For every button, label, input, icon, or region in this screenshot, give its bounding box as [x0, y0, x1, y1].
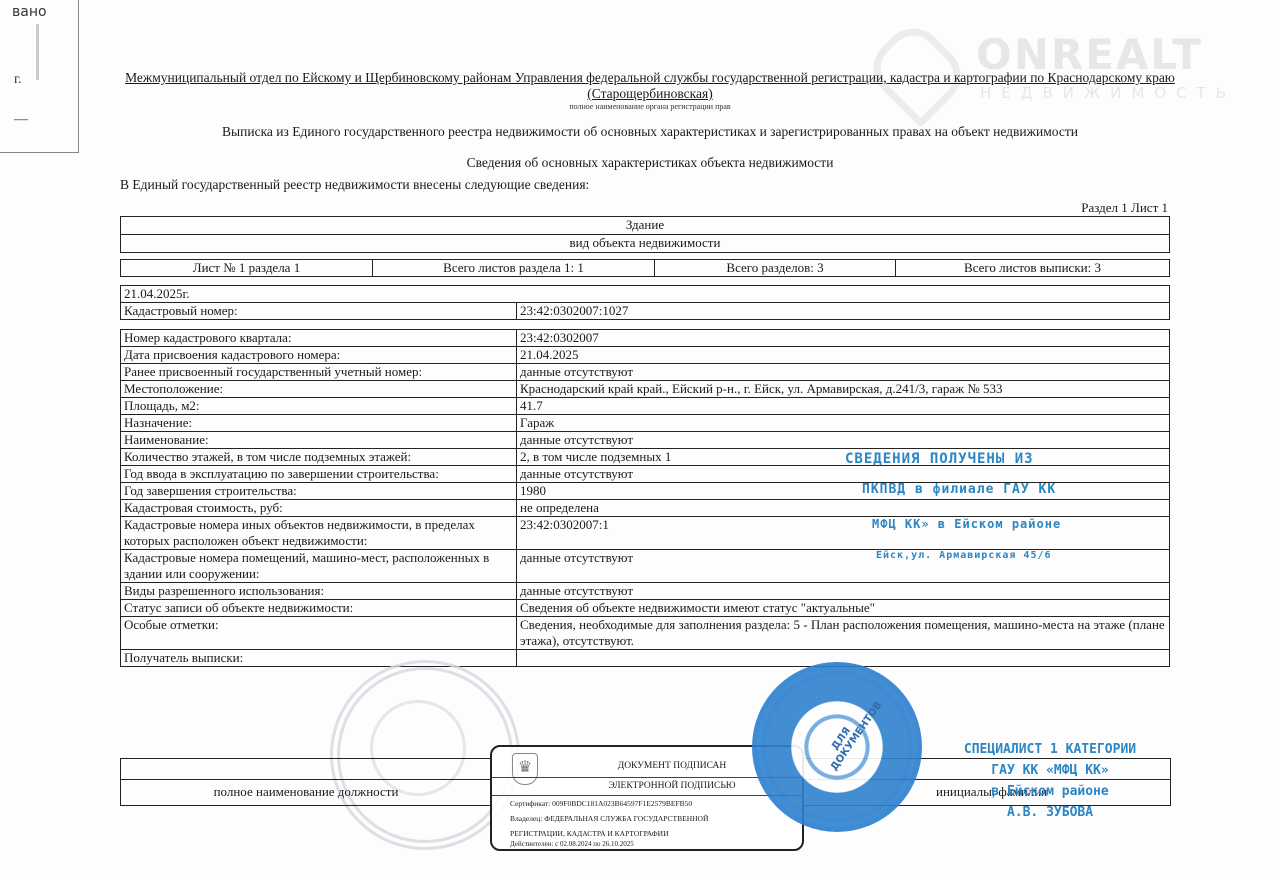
property-value: данные отсутствуют: [517, 432, 1170, 449]
margin-text-3: —: [14, 112, 28, 128]
esig-validity: Действителен: с 02.08.2024 по 26.10.2025: [510, 840, 634, 848]
property-label: Статус записи об объекте недвижимости:: [121, 600, 517, 617]
property-value: Гараж: [517, 415, 1170, 432]
esig-title-1: ДОКУМЕНТ ПОДПИСАН: [592, 761, 752, 771]
property-label: Получатель выписки:: [121, 650, 517, 667]
table-row: Виды разрешенного использования:данные о…: [121, 583, 1170, 600]
property-value: 1980: [517, 483, 1170, 500]
property-value: данные отсутствуют: [517, 466, 1170, 483]
property-label: Дата присвоения кадастрового номера:: [121, 347, 517, 364]
property-value: данные отсутствуют: [517, 364, 1170, 381]
cadastral-number-value: 23:42:0302007:1027: [517, 303, 1170, 320]
property-value: 23:42:0302007:1: [517, 517, 1170, 550]
property-value: 2, в том числе подземных 1: [517, 449, 1170, 466]
table-row: Наименование:данные отсутствуют: [121, 432, 1170, 449]
object-type-table: Здание вид объекта недвижимости: [120, 216, 1170, 253]
esig-certificate: Сертификат: 009F0BDC181A023B64597F1E2579…: [510, 799, 692, 808]
property-value: 41.7: [517, 398, 1170, 415]
table-row: Год ввода в эксплуатацию по завершении с…: [121, 466, 1170, 483]
property-label: Кадастровая стоимость, руб:: [121, 500, 517, 517]
property-label: Год завершения строительства:: [121, 483, 517, 500]
date-block-table: 21.04.2025г. Кадастровый номер: 23:42:03…: [120, 285, 1170, 320]
specialist-line: СПЕЦИАЛИСТ 1 КАТЕГОРИИ: [945, 742, 1155, 763]
info-stamp-line: СВЕДЕНИЯ ПОЛУЧЕНЫ ИЗ: [845, 451, 1034, 467]
section-reference: Раздел 1 Лист 1: [1000, 200, 1168, 216]
property-value: данные отсутствуют: [517, 550, 1170, 583]
property-value: Краснодарский край край., Ейский р-н., г…: [517, 381, 1170, 398]
margin-text-1: вано: [12, 4, 47, 20]
specialist-line: А.В. ЗУБОВА: [945, 805, 1155, 826]
table-row: Местоположение:Краснодарский край край.,…: [121, 381, 1170, 398]
property-value: 21.04.2025: [517, 347, 1170, 364]
position-caption: полное наименование должности: [121, 784, 491, 800]
properties-table: Номер кадастрового квартала:23:42:030200…: [120, 329, 1170, 667]
property-label: Местоположение:: [121, 381, 517, 398]
sheet-info-table: Лист № 1 раздела 1 Всего листов раздела …: [120, 259, 1170, 277]
registration-authority-caption: полное наименование органа регистрации п…: [110, 102, 1190, 111]
document-subtitle: Сведения об основных характеристиках объ…: [110, 155, 1190, 171]
extract-date: 21.04.2025г.: [121, 286, 1170, 303]
property-label: Год ввода в эксплуатацию по завершении с…: [121, 466, 517, 483]
property-label: Особые отметки:: [121, 617, 517, 650]
info-stamp-line: МФЦ КК» в Ейском районе: [872, 517, 1061, 531]
specialist-line: ГАУ КК «МФЦ КК»: [945, 763, 1155, 784]
blue-seal: ДЛЯ ДОКУМЕНТОВ: [752, 662, 922, 832]
registration-authority: Межмуниципальный отдел по Ейскому и Щерб…: [110, 70, 1190, 102]
property-label: Наименование:: [121, 432, 517, 449]
table-row: Получатель выписки:: [121, 650, 1170, 667]
property-value: Сведения, необходимые для заполнения раз…: [517, 617, 1170, 650]
specialist-stamp: СПЕЦИАЛИСТ 1 КАТЕГОРИИ ГАУ КК «МФЦ КК» в…: [945, 742, 1155, 826]
property-label: Кадастровые номера помещений, машино-мес…: [121, 550, 517, 583]
divider: [121, 779, 491, 780]
specialist-line: в Ейском районе: [945, 784, 1155, 805]
seal-center-text: ДЛЯ ДОКУМЕНТОВ: [820, 711, 872, 773]
sheet-number: Лист № 1 раздела 1: [121, 260, 373, 277]
total-sections: Всего разделов: 3: [655, 260, 896, 277]
property-value: не определена: [517, 500, 1170, 517]
table-row: Назначение:Гараж: [121, 415, 1170, 432]
property-value: Сведения об объекте недвижимости имеют с…: [517, 600, 1170, 617]
property-label: Виды разрешенного использования:: [121, 583, 517, 600]
margin-scratch: [36, 24, 39, 80]
table-row: Площадь, м2:41.7: [121, 398, 1170, 415]
table-row: Дата присвоения кадастрового номера:21.0…: [121, 347, 1170, 364]
property-label: Количество этажей, в том числе подземных…: [121, 449, 517, 466]
divider: [492, 777, 802, 778]
position-signature-field: полное наименование должности: [120, 758, 492, 806]
esig-title-2: ЭЛЕКТРОННОЙ ПОДПИСЬЮ: [592, 781, 752, 791]
document-title: Выписка из Единого государственного реес…: [110, 124, 1190, 140]
object-type-caption: вид объекта недвижимости: [121, 235, 1170, 253]
table-row: Кадастровая стоимость, руб:не определена: [121, 500, 1170, 517]
total-sheets: Всего листов выписки: 3: [896, 260, 1170, 277]
table-row: Номер кадастрового квартала:23:42:030200…: [121, 330, 1170, 347]
property-label: Назначение:: [121, 415, 517, 432]
property-label: Площадь, м2:: [121, 398, 517, 415]
cadastral-number-label: Кадастровый номер:: [121, 303, 517, 320]
table-row: Статус записи об объекте недвижимости:Св…: [121, 600, 1170, 617]
table-row: Особые отметки:Сведения, необходимые для…: [121, 617, 1170, 650]
info-stamp-line: Ейск,ул. Армавирская 45/6: [876, 550, 1052, 561]
esig-owner-1: Владелец: ФЕДЕРАЛЬНАЯ СЛУЖБА ГОСУДАРСТВЕ…: [510, 814, 708, 823]
coat-of-arms-icon: ♛: [512, 753, 538, 785]
property-label: Номер кадастрового квартала:: [121, 330, 517, 347]
sheets-in-section: Всего листов раздела 1: 1: [373, 260, 655, 277]
property-label: Кадастровые номера иных объектов недвижи…: [121, 517, 517, 550]
intro-text: В Единый государственный реестр недвижим…: [120, 177, 589, 193]
property-value: данные отсутствуют: [517, 583, 1170, 600]
margin-text-2: г.: [14, 72, 22, 88]
divider: [492, 795, 802, 796]
esig-owner-2: РЕГИСТРАЦИИ, КАДАСТРА И КАРТОГРАФИИ: [510, 829, 669, 838]
table-row: Ранее присвоенный государственный учетны…: [121, 364, 1170, 381]
object-type-value: Здание: [121, 217, 1170, 235]
info-stamp-line: ПКПВД в филиале ГАУ КК: [862, 482, 1056, 497]
property-value: 23:42:0302007: [517, 330, 1170, 347]
margin-fragment: вано г. —: [0, 0, 79, 153]
property-label: Ранее присвоенный государственный учетны…: [121, 364, 517, 381]
